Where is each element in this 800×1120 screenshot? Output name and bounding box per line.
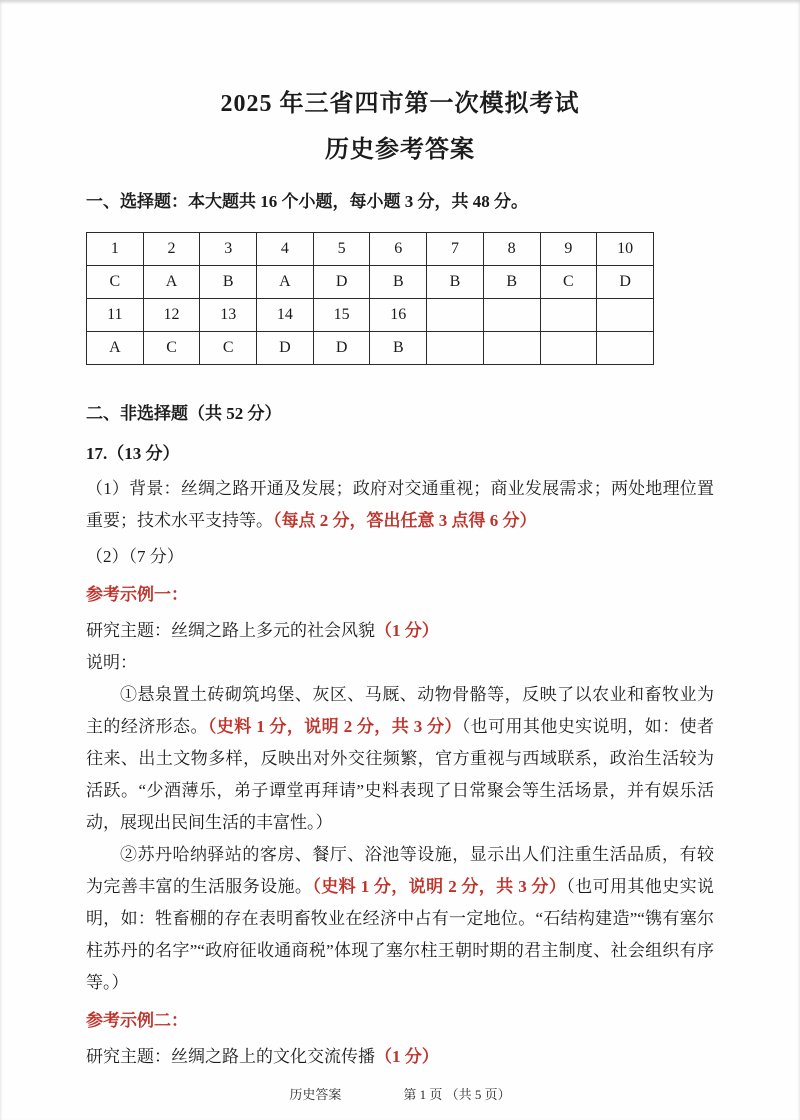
- example2-theme-score: （1 分）: [375, 1047, 439, 1066]
- answer-cell: 8: [483, 233, 540, 266]
- footer-page-number: 第 1 页 （共 5 页）: [403, 1085, 510, 1105]
- answer-cell: D: [313, 266, 370, 299]
- answer-cell: 4: [257, 233, 314, 266]
- answer-cell: C: [200, 332, 257, 365]
- answer-cell: 9: [540, 233, 597, 266]
- table-row-question-numbers-2: 11 12 13 14 15 16: [87, 299, 654, 332]
- answer-cell: 6: [370, 233, 427, 266]
- answer-cell: 11: [87, 299, 144, 332]
- answer-cell: 14: [257, 299, 314, 332]
- example1-shuoming-label: 说明：: [86, 647, 714, 679]
- answer-cell: 13: [200, 299, 257, 332]
- example2-theme-text: 研究主题：丝绸之路上的文化交流传播: [86, 1047, 375, 1066]
- q17-part1-score: （每点 2 分，答出任意 3 点得 6 分）: [273, 511, 537, 530]
- example2-heading: 参考示例二：: [86, 1005, 714, 1037]
- answer-cell: B: [483, 266, 540, 299]
- answer-cell: C: [87, 266, 144, 299]
- table-row-question-numbers-1: 1 2 3 4 5 6 7 8 9 10: [87, 233, 654, 266]
- answer-cell: 12: [143, 299, 200, 332]
- example1-paragraph-2: ②苏丹哈纳驿站的客房、餐厅、浴池等设施，显示出人们注重生活品质，有较为完善丰富的…: [86, 839, 714, 999]
- table-row-answers-1: C A B A D B B B C D: [87, 266, 654, 299]
- answer-cell: [540, 299, 597, 332]
- answer-cell: B: [427, 266, 484, 299]
- answer-cell: D: [313, 332, 370, 365]
- page-title: 2025 年三省四市第一次模拟考试: [86, 0, 714, 120]
- section1-heading: 一、选择题：本大题共 16 个小题，每小题 3 分，共 48 分。: [86, 188, 714, 216]
- answer-cell: [597, 332, 654, 365]
- answer-cell: 2: [143, 233, 200, 266]
- answer-cell: D: [597, 266, 654, 299]
- answer-cell: B: [370, 266, 427, 299]
- answer-cell: A: [143, 266, 200, 299]
- example1-paragraph-1: ①悬泉置土砖砌筑坞堡、灰区、马厩、动物骨骼等，反映了以农业和畜牧业为主的经济形态…: [86, 679, 714, 839]
- answer-cell: C: [143, 332, 200, 365]
- page-footer: 历史答案 第 1 页 （共 5 页）: [86, 1085, 714, 1105]
- footer-document-name: 历史答案: [289, 1085, 341, 1105]
- answer-cell: A: [87, 332, 144, 365]
- answer-cell: B: [200, 266, 257, 299]
- table-row-answers-2: A C C D D B: [87, 332, 654, 365]
- answer-cell: 7: [427, 233, 484, 266]
- answer-cell: [427, 299, 484, 332]
- section2-heading: 二、非选择题（共 52 分）: [86, 399, 714, 429]
- answer-cell: B: [370, 332, 427, 365]
- answer-cell: [483, 299, 540, 332]
- answer-cell: 10: [597, 233, 654, 266]
- answer-cell: 15: [313, 299, 370, 332]
- example1-heading: 参考示例一：: [86, 579, 714, 611]
- para2-score: （史料 1 分，说明 2 分，共 3 分）: [312, 877, 566, 896]
- answer-cell: C: [540, 266, 597, 299]
- q17-part2-label: （2）（7 分）: [86, 541, 714, 573]
- page-subtitle: 历史参考答案: [86, 134, 714, 166]
- answer-cell: 3: [200, 233, 257, 266]
- para1-score: （史料 1 分，说明 2 分，共 3 分）: [208, 717, 462, 736]
- example1-theme-text: 研究主题：丝绸之路上多元的社会风貌: [86, 621, 375, 640]
- example1-theme-score: （1 分）: [375, 621, 439, 640]
- answer-cell: [540, 332, 597, 365]
- answer-cell: [483, 332, 540, 365]
- answer-cell: A: [257, 266, 314, 299]
- answer-table: 1 2 3 4 5 6 7 8 9 10 C A B A D B B B C: [86, 232, 654, 365]
- answer-cell: 5: [313, 233, 370, 266]
- answer-cell: 1: [87, 233, 144, 266]
- answer-cell: [427, 332, 484, 365]
- answer-cell: [597, 299, 654, 332]
- q17-part1-answer: （1）背景：丝绸之路开通及发展；政府对交通重视；商业发展需求；两处地理位置重要；…: [86, 473, 714, 537]
- question-17-number: 17.（13 分）: [86, 439, 714, 469]
- exam-answer-page: 2025 年三省四市第一次模拟考试 历史参考答案 一、选择题：本大题共 16 个…: [0, 0, 800, 1120]
- example2-theme: 研究主题：丝绸之路上的文化交流传播（1 分）: [86, 1041, 714, 1073]
- example1-theme: 研究主题：丝绸之路上多元的社会风貌（1 分）: [86, 615, 714, 647]
- answer-cell: D: [257, 332, 314, 365]
- answer-cell: 16: [370, 299, 427, 332]
